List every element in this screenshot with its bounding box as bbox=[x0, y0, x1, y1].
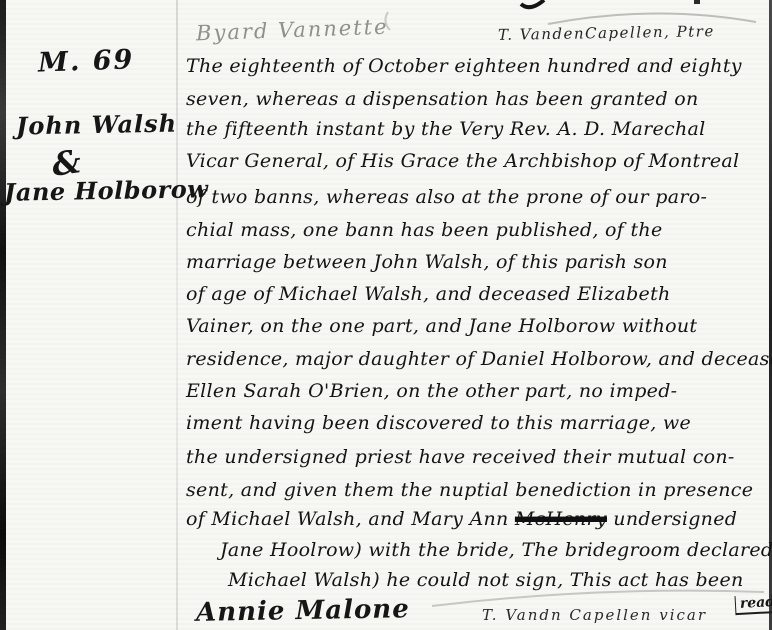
ink-mark-top bbox=[521, 0, 544, 7]
handwritten-line: Michael Walsh) he could not sign, This a… bbox=[228, 569, 772, 591]
struck-word: McHenry bbox=[515, 508, 607, 530]
handwritten-line: chial mass, one bann has been published,… bbox=[186, 219, 768, 241]
handwritten-line: Ellen Sarah O'Brien, on the other part, … bbox=[186, 380, 768, 402]
scan-edge-left bbox=[0, 0, 6, 630]
faded-pencil-annotation: Byard Vannette bbox=[196, 15, 389, 46]
handwritten-line: the undersigned priest have received the… bbox=[186, 446, 768, 468]
handwritten-line: The eighteenth of October eighteen hundr… bbox=[186, 55, 768, 77]
witness-signature: Annie Malone bbox=[196, 594, 410, 628]
handwritten-line: marriage between John Walsh, of this par… bbox=[186, 251, 768, 273]
handwritten-line: sent, and given them the nuptial benedic… bbox=[186, 479, 768, 501]
handwritten-line: of two banns, whereas also at the prone … bbox=[186, 186, 768, 208]
bride-name-margin: Jane Holborow bbox=[4, 174, 209, 207]
officiant-signature: T. Vandn Capellen vicar bbox=[482, 606, 707, 624]
inserted-word-read: read bbox=[735, 594, 772, 615]
handwritten-line: of Michael Walsh, and Mary Ann McHenry u… bbox=[186, 508, 768, 530]
handwritten-line: residence, major daughter of Daniel Holb… bbox=[186, 348, 768, 370]
flourish-bottom bbox=[432, 591, 764, 606]
handwritten-line: Vicar General, of His Grace the Archbish… bbox=[186, 150, 768, 172]
handwritten-line: Vainer, on the one part, and Jane Holbor… bbox=[186, 315, 768, 337]
handwritten-line: of age of Michael Walsh, and deceased El… bbox=[186, 283, 768, 305]
marriage-register-scan: M. 69 John Walsh & Jane Holborow Byard V… bbox=[0, 0, 772, 630]
groom-name-margin: John Walsh bbox=[16, 109, 178, 141]
handwritten-line: iment having been discovered to this mar… bbox=[186, 412, 768, 434]
line-text: undersigned bbox=[607, 508, 737, 530]
ink-dot-top bbox=[694, 0, 700, 4]
line-text: of Michael Walsh, and Mary Ann bbox=[186, 508, 515, 530]
handwritten-line: Jane Hoolrow) with the bride, The brideg… bbox=[220, 539, 772, 561]
handwritten-line: the fifteenth instant by the Very Rev. A… bbox=[186, 118, 768, 140]
record-number: M. 69 bbox=[37, 44, 134, 78]
margin-rule bbox=[176, 0, 178, 630]
handwritten-line: seven, whereas a dispensation has been g… bbox=[186, 88, 768, 110]
top-priest-signature: T. VandenCapellen, Ptre bbox=[498, 22, 715, 44]
